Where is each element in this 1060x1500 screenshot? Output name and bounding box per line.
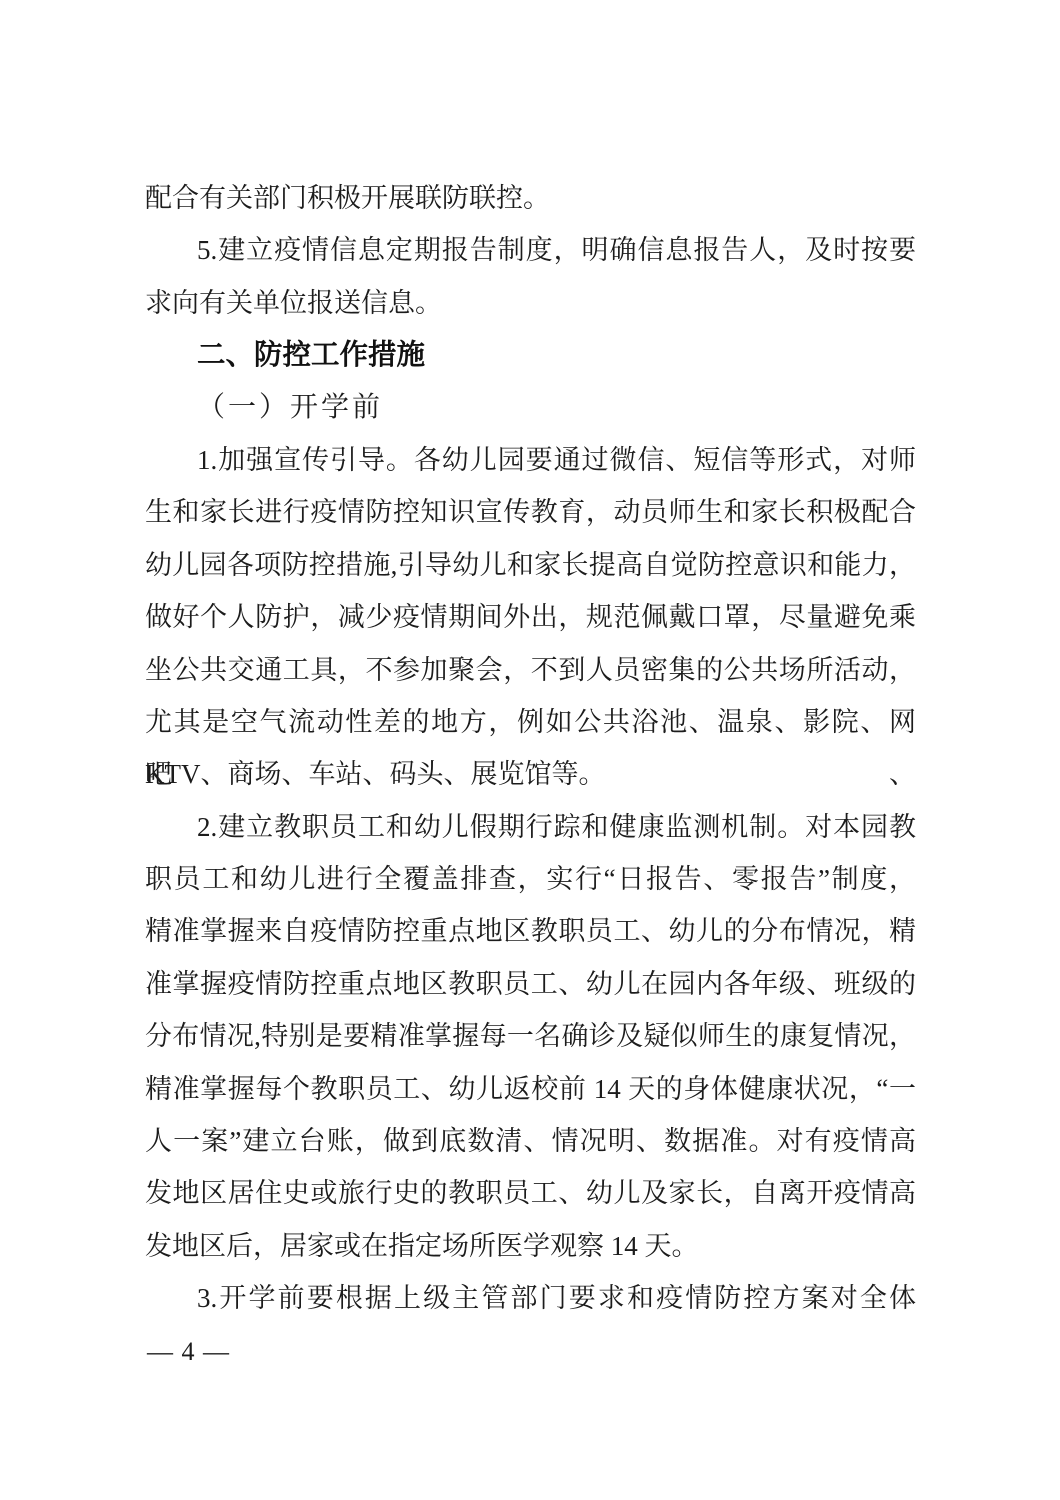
text-line: 职员工和幼儿进行全覆盖排查，实行“日报告、零报告”制度， <box>145 853 916 905</box>
text-line: 生和家长进行疫情防控知识宣传教育，动员师生和家长积极配合 <box>145 486 916 538</box>
text-line: 尤其是空气流动性差的地方，例如公共浴池、温泉、影院、网吧、 <box>145 696 916 748</box>
text-line: 2.建立教职员工和幼儿假期行踪和健康监测机制。对本园教 <box>145 801 916 853</box>
text-line: 准掌握疫情防控重点地区教职员工、幼儿在园内各年级、班级的 <box>145 958 916 1010</box>
text-line: 坐公共交通工具，不参加聚会，不到人员密集的公共场所活动， <box>145 644 916 696</box>
text-line: 发地区后，居家或在指定场所医学观察 14 天。 <box>145 1220 916 1272</box>
text-line: 人一案”建立台账，做到底数清、情况明、数据准。对有疫情高 <box>145 1115 916 1167</box>
text-line: 3.开学前要根据上级主管部门要求和疫情防控方案对全体 <box>145 1272 916 1324</box>
subsection-heading: （一）开学前 <box>145 382 916 434</box>
text-line: 发地区居住史或旅行史的教职员工、幼儿及家长，自离开疫情高 <box>145 1167 916 1219</box>
text-line: 求向有关单位报送信息。 <box>145 277 916 329</box>
text-line: 精准掌握每个教职员工、幼儿返校前 14 天的身体健康状况，“一 <box>145 1063 916 1115</box>
text-line: 做好个人防护，减少疫情期间外出，规范佩戴口罩，尽量避免乘 <box>145 591 916 643</box>
text-line: 幼儿园各项防控措施,引导幼儿和家长提高自觉防控意识和能力， <box>145 539 916 591</box>
text-line: 5.建立疫情信息定期报告制度，明确信息报告人，及时按要 <box>145 224 916 276</box>
section-heading: 二、防控工作措施 <box>145 329 916 381</box>
text-line: 分布情况,特别是要精准掌握每一名确诊及疑似师生的康复情况， <box>145 1010 916 1062</box>
text-line: 精准掌握来自疫情防控重点地区教职员工、幼儿的分布情况，精 <box>145 905 916 957</box>
text-line: 配合有关部门积极开展联防联控。 <box>145 172 916 224</box>
page-number: — 4 — <box>147 1337 230 1367</box>
document-page: 配合有关部门积极开展联防联控。 5.建立疫情信息定期报告制度，明确信息报告人，及… <box>0 0 1060 1500</box>
text-line: 1.加强宣传引导。各幼儿园要通过微信、短信等形式，对师 <box>145 434 916 486</box>
document-body: 配合有关部门积极开展联防联控。 5.建立疫情信息定期报告制度，明确信息报告人，及… <box>145 172 916 1325</box>
